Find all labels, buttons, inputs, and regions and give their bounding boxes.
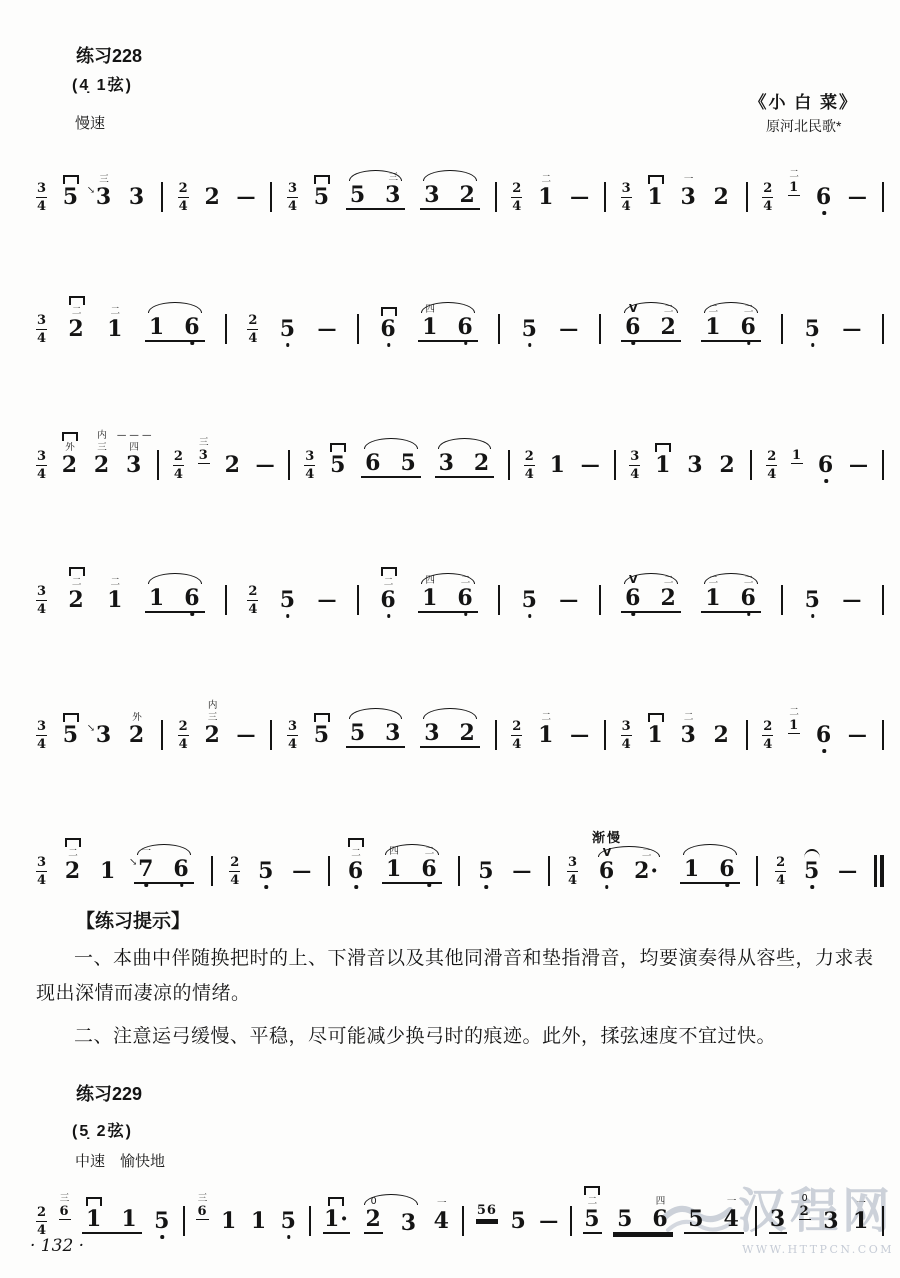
grace-note: 3三 — [198, 449, 210, 464]
finger-mark: 三 — [199, 438, 209, 448]
note: 1 — [99, 860, 117, 882]
score-line-6: 342二1↘7一6245—6二1四6二5—346渐慢V2·二16245— — [36, 842, 884, 900]
note: 6渐慢V — [598, 860, 616, 882]
final-barline-stroke — [880, 855, 884, 887]
finger-mark: 一 — [437, 1199, 447, 1209]
barline — [614, 450, 616, 480]
note-digit: 1 — [422, 585, 438, 611]
note-digit: 6 — [816, 722, 832, 748]
note-marks: 外 — [132, 713, 142, 723]
note: 1 — [683, 858, 701, 880]
note-digit: 7 — [138, 856, 154, 882]
octave-dot — [191, 341, 195, 345]
barline — [357, 314, 359, 344]
note-digit: 3 — [199, 448, 209, 463]
time-signature-numerator: 3 — [37, 182, 46, 195]
barline — [882, 720, 884, 750]
time-signature-numerator: 3 — [630, 450, 639, 463]
time-signature: 24 — [178, 720, 189, 751]
note: 2 — [459, 722, 477, 744]
note-digit: 3 — [385, 182, 401, 208]
note: 5 — [616, 1208, 634, 1230]
barline — [225, 314, 227, 344]
barline — [183, 1206, 185, 1236]
note-marks: 二 — [69, 567, 85, 588]
note: 1 — [250, 1210, 268, 1232]
note-marks: V — [629, 574, 638, 585]
note-digit: 2 — [225, 452, 241, 478]
slur-group: 1四6二 — [418, 587, 478, 613]
note: 1四 — [421, 316, 439, 338]
note-digit: 1 — [100, 858, 116, 884]
note-digit: 2 — [62, 452, 78, 478]
note: 5 — [477, 860, 495, 882]
finger-mark: 二 — [351, 849, 361, 859]
finger-mark: 三 — [60, 1194, 70, 1204]
note-digit: 2 — [204, 184, 220, 210]
note-digit: 5 — [350, 720, 366, 746]
note: 3三 — [384, 184, 402, 206]
time-signature-bar — [173, 465, 184, 466]
note: 5 — [279, 318, 297, 340]
note-digit: 1 — [538, 184, 554, 210]
final-barline-stroke — [874, 855, 878, 887]
time-signature-bar — [524, 465, 535, 466]
grace-note: 6三 — [59, 1205, 71, 1220]
beam-group: 56四 — [613, 1208, 673, 1234]
note: 6 — [364, 452, 382, 474]
time-signature-numerator: 2 — [776, 856, 785, 869]
note: 1 — [654, 454, 672, 476]
time-signature-bar — [287, 735, 298, 736]
finger-mark: 四 — [656, 1197, 666, 1207]
finger-mark: 外 — [132, 713, 142, 723]
note-digit: 1 — [647, 722, 663, 748]
barline — [750, 450, 752, 480]
down-bow-icon — [648, 713, 664, 722]
octave-dot — [144, 883, 148, 887]
time-signature-bar — [178, 197, 189, 198]
note-digit: 6 — [741, 314, 757, 340]
note: 6 — [817, 454, 835, 476]
note: 2内三 — [93, 454, 111, 476]
time-signature-denominator: 4 — [179, 200, 188, 213]
note: 5 — [349, 184, 367, 206]
note-marks — [330, 443, 346, 452]
time-signature: 24 — [511, 720, 522, 751]
finger-mark: 二 — [664, 576, 674, 586]
beam-group: 54一 — [684, 1208, 744, 1234]
slur-group: 32 — [420, 184, 480, 210]
note: 6V — [624, 587, 642, 609]
time-signature-denominator: 4 — [512, 738, 521, 751]
note: 6二 — [740, 316, 758, 338]
note: 4一 — [433, 1210, 451, 1232]
time-signature-bar — [36, 465, 47, 466]
note-digit: 1 — [684, 856, 700, 882]
note: 6二 — [379, 589, 397, 611]
time-signature: 34 — [287, 720, 298, 751]
note-digit: 5 — [154, 1208, 170, 1234]
note-marks: 二 — [348, 838, 364, 859]
finger-mark: 三 — [198, 1194, 208, 1204]
note: 5 — [804, 589, 822, 611]
octave-dot — [528, 343, 532, 347]
time-signature: 34 — [36, 856, 47, 887]
octave-dot — [428, 883, 432, 887]
duration-dash: — — [512, 860, 531, 882]
note-digit: 3 — [439, 450, 455, 476]
note: 2 — [473, 452, 491, 474]
note: 2二 — [659, 587, 677, 609]
time-signature-bar — [36, 600, 47, 601]
time-signature-denominator: 4 — [179, 738, 188, 751]
score-line-7: 246三1156三1151·2034一565—5二56四54一32031一 — [36, 1192, 884, 1250]
barline — [357, 585, 359, 615]
time-signature-denominator: 4 — [776, 874, 785, 887]
time-signature-numerator: 2 — [525, 450, 534, 463]
time-signature-numerator: 2 — [174, 450, 183, 463]
note-digit: 5 — [63, 184, 79, 210]
finger-mark: 二 — [425, 847, 435, 857]
note: 2二 — [67, 318, 85, 340]
barline — [495, 720, 497, 750]
final-barline — [874, 855, 884, 887]
barline — [225, 585, 227, 615]
note-digit: 5 — [400, 450, 416, 476]
finger-mark: 二 — [642, 849, 652, 859]
down-bow-icon — [69, 296, 85, 305]
time-signature-denominator: 4 — [37, 200, 46, 213]
octave-dot — [265, 885, 269, 889]
note: 1二 — [106, 589, 124, 611]
duration-dash: — — [237, 186, 256, 208]
note: 3 — [423, 722, 441, 744]
time-signature-denominator: 4 — [763, 200, 772, 213]
note: 1 — [148, 587, 166, 609]
note-digit: 5 — [522, 316, 538, 342]
finger-mark: 二 — [789, 708, 799, 718]
note-digit: 5 — [280, 316, 296, 342]
duration-dash: — — [842, 589, 861, 611]
note-marks: 内三 — [208, 701, 218, 722]
score-line-5: 345↘32外242内三—3455332241二—3413二2241二6— — [36, 706, 884, 764]
down-bow-icon — [655, 443, 671, 452]
slide-icon: ↘ — [87, 186, 95, 196]
octave-dot — [726, 883, 730, 887]
note-marks: 四 — [656, 1197, 666, 1207]
time-signature: 34 — [621, 182, 632, 213]
barline — [570, 1206, 572, 1236]
note-digit: 3 — [96, 184, 112, 210]
note: 5 — [803, 860, 821, 882]
duration-dash: — — [849, 454, 868, 476]
note-digit: 2 — [204, 722, 220, 748]
note-marks: 二 — [664, 576, 674, 586]
note-digit: 3 — [680, 722, 696, 748]
time-signature-bar — [178, 735, 189, 736]
finger-mark: 四 — [129, 443, 139, 453]
ritardando-mark: 渐慢 — [592, 832, 622, 845]
note-digit: 2 — [94, 452, 110, 478]
note-digit: 6 — [365, 450, 381, 476]
time-signature: 24 — [762, 720, 773, 751]
time-signature-numerator: 2 — [248, 314, 257, 327]
finger-mark: — — — — [117, 431, 152, 441]
note-digit: 3 — [680, 184, 696, 210]
time-signature-bar — [304, 465, 315, 466]
note: 5 — [313, 724, 331, 746]
octave-dot — [528, 614, 532, 618]
down-bow-icon — [381, 307, 397, 316]
finger-mark: 二 — [588, 1197, 598, 1207]
note: 2二 — [659, 316, 677, 338]
note-digit: 5 — [510, 1208, 526, 1234]
down-bow-icon — [63, 175, 79, 184]
note-digit: 1 — [792, 448, 802, 463]
slur-group: 6V2二 — [621, 587, 681, 613]
duration-dash: — — [318, 589, 337, 611]
note: 1 — [646, 724, 664, 746]
octave-dot — [811, 343, 815, 347]
note-marks: 一 — [684, 175, 694, 185]
time-signature-bar — [567, 871, 578, 872]
note: 6 — [456, 316, 474, 338]
finger-mark: 二 — [709, 305, 719, 315]
time-signature-denominator: 4 — [512, 200, 521, 213]
duration-dash: — — [256, 454, 275, 476]
note-digit: 2 — [660, 585, 676, 611]
finger-mark: 二 — [461, 576, 471, 586]
octave-dot — [747, 341, 751, 345]
exercise-228-tempo: 慢速 — [75, 112, 105, 133]
note-marks — [314, 713, 330, 722]
barline — [270, 182, 272, 212]
note-digit: 3 — [385, 720, 401, 746]
note: 1 — [549, 454, 567, 476]
finger-mark: 内 — [208, 701, 218, 711]
note-digit: 2 — [714, 722, 730, 748]
note-digit: 1 — [789, 718, 799, 733]
octave-dot — [811, 614, 815, 618]
note: 6二 — [456, 587, 474, 609]
octave-dot — [747, 612, 751, 616]
barline — [161, 720, 163, 750]
time-signature-bar — [629, 465, 640, 466]
note: 5 — [329, 454, 347, 476]
note-digit: 6 — [816, 184, 832, 210]
note-marks: 四 — [425, 576, 435, 586]
note-marks: 二 — [425, 847, 435, 857]
note-digit: 3 — [770, 1206, 786, 1232]
duration-dash: — — [559, 318, 578, 340]
note-digit: 5 — [522, 587, 538, 613]
time-signature-denominator: 4 — [622, 738, 631, 751]
time-signature: 34 — [36, 585, 47, 616]
note: 5 — [62, 724, 80, 746]
note-digit: 2 — [719, 452, 735, 478]
note: 5 — [509, 1210, 527, 1232]
note-digit: 56 — [477, 1203, 497, 1218]
note: 6二 — [420, 858, 438, 880]
time-signature-bar — [621, 735, 632, 736]
time-signature-denominator: 4 — [288, 200, 297, 213]
octave-dot — [387, 343, 391, 347]
note-marks: 二 — [541, 175, 551, 185]
barline — [161, 182, 163, 212]
score-line-3: 342外2内三3— — —四243三2—3456532241—341322416… — [36, 436, 884, 494]
note: 5 — [280, 1210, 298, 1232]
note-digit: 5 — [350, 182, 366, 208]
barline — [882, 314, 884, 344]
time-signature: 24 — [36, 1206, 47, 1237]
note-digit: 1 — [107, 316, 123, 342]
note-marks: 三 — [60, 1194, 70, 1204]
note-digit: 5 — [805, 316, 821, 342]
time-signature-bar — [762, 735, 773, 736]
note-marks: 三 — [99, 175, 109, 185]
note: 1二 — [106, 318, 124, 340]
note: 5 — [62, 186, 80, 208]
note-marks: 三 — [198, 1194, 208, 1204]
note: 5 — [313, 186, 331, 208]
note: 6 — [379, 318, 397, 340]
note-digit: 6 — [625, 585, 641, 611]
note-digit: 1 — [149, 314, 165, 340]
down-bow-icon — [69, 567, 85, 576]
finger-mark: 二 — [709, 576, 719, 586]
time-signature-numerator: 3 — [37, 450, 46, 463]
note-marks: 二 — [789, 170, 799, 180]
slur-group: 32 — [420, 722, 480, 748]
note-digit: 6 — [173, 856, 189, 882]
barline — [604, 720, 606, 750]
tie-icon — [804, 849, 820, 858]
finger-mark: 一 — [141, 847, 151, 857]
octave-dot — [824, 479, 828, 483]
note-digit: 2 — [68, 587, 84, 613]
note-digit: 6 — [818, 452, 834, 478]
song-source: 原河北民歌* — [750, 116, 858, 136]
finger-mark: 三 — [389, 173, 399, 183]
note: 6 — [183, 587, 201, 609]
up-bow-icon: V — [629, 574, 638, 585]
note-digit: 1 — [789, 180, 799, 195]
octave-dot — [632, 612, 636, 616]
note-marks: 二 — [684, 713, 694, 723]
note: 6二 — [740, 587, 758, 609]
down-bow-icon — [314, 175, 330, 184]
slur-group: 1四6 — [418, 316, 478, 342]
time-signature-bar — [511, 735, 522, 736]
barline — [882, 1206, 884, 1236]
note-marks: 二 — [709, 305, 719, 315]
time-signature-numerator: 2 — [763, 720, 772, 733]
note-marks: 二 — [541, 713, 551, 723]
exercise-229-strings: (5̣ 2弦) — [72, 1118, 133, 1141]
time-signature-numerator: 3 — [37, 720, 46, 733]
time-signature: 34 — [287, 182, 298, 213]
note: 6 — [172, 858, 190, 880]
finger-mark: 外 — [65, 443, 75, 453]
note-marks: 二 — [744, 305, 754, 315]
time-signature-bar — [36, 871, 47, 872]
song-credit: 《小 白 菜》 原河北民歌* — [750, 88, 858, 136]
time-signature-numerator: 3 — [37, 856, 46, 869]
time-signature: 34 — [36, 720, 47, 751]
note-marks: 二 — [789, 708, 799, 718]
note: 1四 — [385, 858, 403, 880]
note: 5 — [687, 1208, 705, 1230]
note-marks: 四 — [425, 305, 435, 315]
barline — [157, 450, 159, 480]
note-marks: 二 — [584, 1186, 600, 1207]
barline — [599, 585, 601, 615]
down-bow-icon — [328, 1197, 344, 1206]
time-signature-numerator: 2 — [179, 720, 188, 733]
note-digit: 1 — [853, 1208, 869, 1234]
note-digit: 1 — [121, 1206, 137, 1232]
note-digit: 5 — [330, 452, 346, 478]
note-marks: 外 — [62, 432, 78, 453]
time-signature-numerator: 3 — [305, 450, 314, 463]
time-signature-denominator: 4 — [230, 874, 239, 887]
finger-mark: 二 — [72, 578, 82, 588]
note-digit: 2 — [65, 858, 81, 884]
note-marks — [648, 713, 664, 722]
grace-note: 1二 — [788, 181, 800, 196]
note-marks: 二 — [709, 576, 719, 586]
down-bow-icon — [86, 1197, 102, 1206]
finger-mark: 二 — [684, 713, 694, 723]
octave-dot — [354, 885, 358, 889]
note: 6 — [718, 858, 736, 880]
barline — [462, 1206, 464, 1236]
time-signature-bar — [36, 329, 47, 330]
finger-mark: 二 — [744, 576, 754, 586]
note-digit: 1· — [324, 1206, 349, 1232]
octave-dot — [161, 1235, 165, 1239]
time-signature-numerator: 3 — [37, 314, 46, 327]
note: 1 — [148, 316, 166, 338]
note-digit: 5 — [478, 858, 494, 884]
note-marks — [648, 175, 664, 184]
note-digit: 1 — [251, 1208, 267, 1234]
duration-dash: — — [539, 1210, 558, 1232]
note: 3二 — [679, 724, 697, 746]
finger-mark: 二 — [541, 713, 551, 723]
barline — [211, 856, 213, 886]
barline — [495, 182, 497, 212]
time-signature: 24 — [775, 856, 786, 887]
note-digit: 6 — [599, 858, 615, 884]
grace-note: 56 — [476, 1204, 498, 1221]
octave-dot — [286, 343, 290, 347]
finger-mark: 二 — [72, 307, 82, 317]
time-signature-denominator: 4 — [248, 332, 257, 345]
note: 3 — [822, 1210, 840, 1232]
barline — [270, 720, 272, 750]
exercise-228-strings: (4̣ 1弦) — [72, 72, 133, 95]
time-signature: 24 — [511, 182, 522, 213]
note: 20 — [364, 1208, 382, 1234]
time-signature-numerator: 3 — [622, 182, 631, 195]
time-signature-numerator: 2 — [230, 856, 239, 869]
note-digit: 2 — [68, 316, 84, 342]
time-signature-numerator: 2 — [763, 182, 772, 195]
finger-mark: 一 — [856, 1199, 866, 1209]
time-signature-denominator: 4 — [37, 603, 46, 616]
